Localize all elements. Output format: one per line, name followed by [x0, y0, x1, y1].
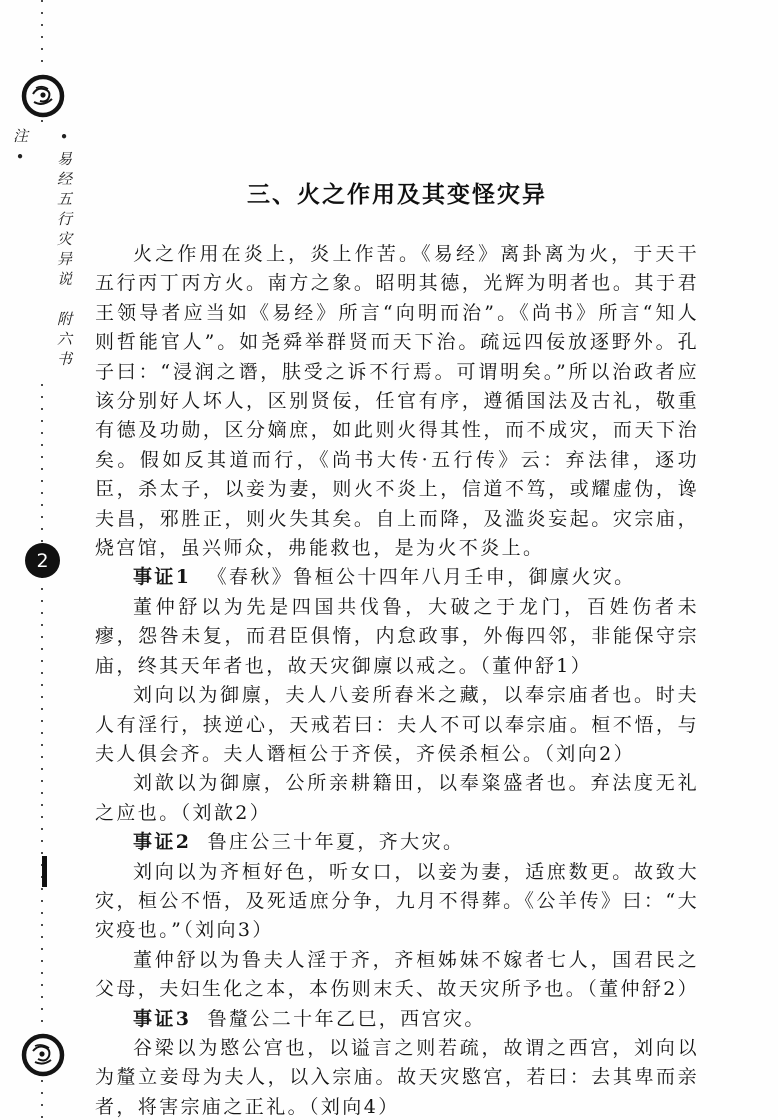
paragraph-text: 刘向以为齐桓好色，听女口，以妾为妻，适庶数更。故致大灾，桓公不悟，及死适庶分争，… — [95, 861, 699, 942]
paragraph-text: 董仲舒以为鲁夫人淫于齐，齐桓姊妹不嫁者七人，国君民之父母，夫妇生化之本，本伤则末… — [95, 949, 699, 1000]
page-number-badge: 2 — [25, 543, 60, 578]
book-spine-title-text: •易经五行灾异说 附六书注• — [0, 128, 86, 378]
paragraph-evidence-1-heading: 事证1《春秋》鲁桓公十四年八月壬申，御廪火灾。 — [95, 563, 699, 592]
paragraph-text: 火之作用在炎上，炎上作苦。《易经》离卦离为火，于天干五行丙丁丙方火。南方之象。昭… — [95, 243, 699, 559]
page-number: 2 — [36, 550, 48, 572]
paragraph-text: 谷梁以为愍公宫也，以谥言之则若疏，故谓之西宫，刘向以为釐立妾母为夫人，以入宗庙。… — [95, 1037, 699, 1118]
paragraph-liuxiang-3: 刘向以为齐桓好色，听女口，以妾为妻，适庶数更。故致大灾，桓公不悟，及死适庶分争，… — [95, 858, 699, 946]
paragraph-intro: 火之作用在炎上，炎上作苦。《易经》离卦离为火，于天干五行丙丁丙方火。南方之象。昭… — [95, 240, 699, 563]
paragraph-text: 刘向以为御廪，夫人八妾所舂米之藏，以奉宗庙者也。时夫人有淫行，挟逆心，天戒若曰：… — [95, 684, 699, 765]
paragraph-text: 《春秋》鲁桓公十四年八月壬申，御廪火灾。 — [208, 566, 636, 588]
paragraph-liuxiang-4: 谷梁以为愍公宫也，以谥言之则若疏，故谓之西宫，刘向以为釐立妾母为夫人，以入宗庙。… — [95, 1034, 699, 1120]
margin-mark — [42, 856, 47, 887]
paragraph-evidence-2-heading: 事证2鲁庄公三十年夏，齐大灾。 — [95, 828, 699, 857]
paragraph-text: 鲁釐公二十年乙巳，西宫灾。 — [208, 1008, 486, 1030]
paragraph-text: 鲁庄公三十年夏，齐大灾。 — [208, 831, 465, 853]
paragraph-dongzhongshu-2: 董仲舒以为鲁夫人淫于齐，齐桓姊妹不嫁者七人，国君民之父母，夫妇生化之本，本伤则末… — [95, 946, 699, 1005]
evidence-1-label: 事证1 — [133, 566, 191, 588]
dragon-seal-top-icon — [19, 72, 67, 120]
book-page: •易经五行灾异说 附六书注• 2 三、火之作用及其变怪灾异 火之作用在炎上，炎上… — [0, 0, 778, 1120]
book-spine-title: •易经五行灾异说 附六书注• — [20, 128, 64, 378]
paragraph-dongzhongshu-1: 董仲舒以为先是四国共伐鲁，大破之于龙门，百姓伤者未瘳，怨咎未复，而君臣俱惰，内怠… — [95, 593, 699, 681]
paragraph-text: 董仲舒以为先是四国共伐鲁，大破之于龙门，百姓伤者未瘳，怨咎未复，而君臣俱惰，内怠… — [95, 596, 699, 677]
page-body: 三、火之作用及其变怪灾异 火之作用在炎上，炎上作苦。《易经》离卦离为火，于天干五… — [95, 176, 699, 1120]
chapter-title: 三、火之作用及其变怪灾异 — [95, 176, 699, 209]
evidence-2-label: 事证2 — [133, 831, 191, 853]
paragraph-liuxiang-2: 刘向以为御廪，夫人八妾所舂米之藏，以奉宗庙者也。时夫人有淫行，挟逆心，天戒若曰：… — [95, 681, 699, 769]
dragon-seal-bottom-icon — [19, 1031, 67, 1079]
evidence-3-label: 事证3 — [133, 1008, 191, 1030]
paragraph-text: 刘歆以为御廪，公所亲耕籍田，以奉粢盛者也。弃法度无礼之应也。（刘歆2） — [95, 772, 699, 823]
paragraph-evidence-3-heading: 事证3鲁釐公二十年乙巳，西宫灾。 — [95, 1005, 699, 1034]
paragraph-liuxin-2: 刘歆以为御廪，公所亲耕籍田，以奉粢盛者也。弃法度无礼之应也。（刘歆2） — [95, 769, 699, 828]
